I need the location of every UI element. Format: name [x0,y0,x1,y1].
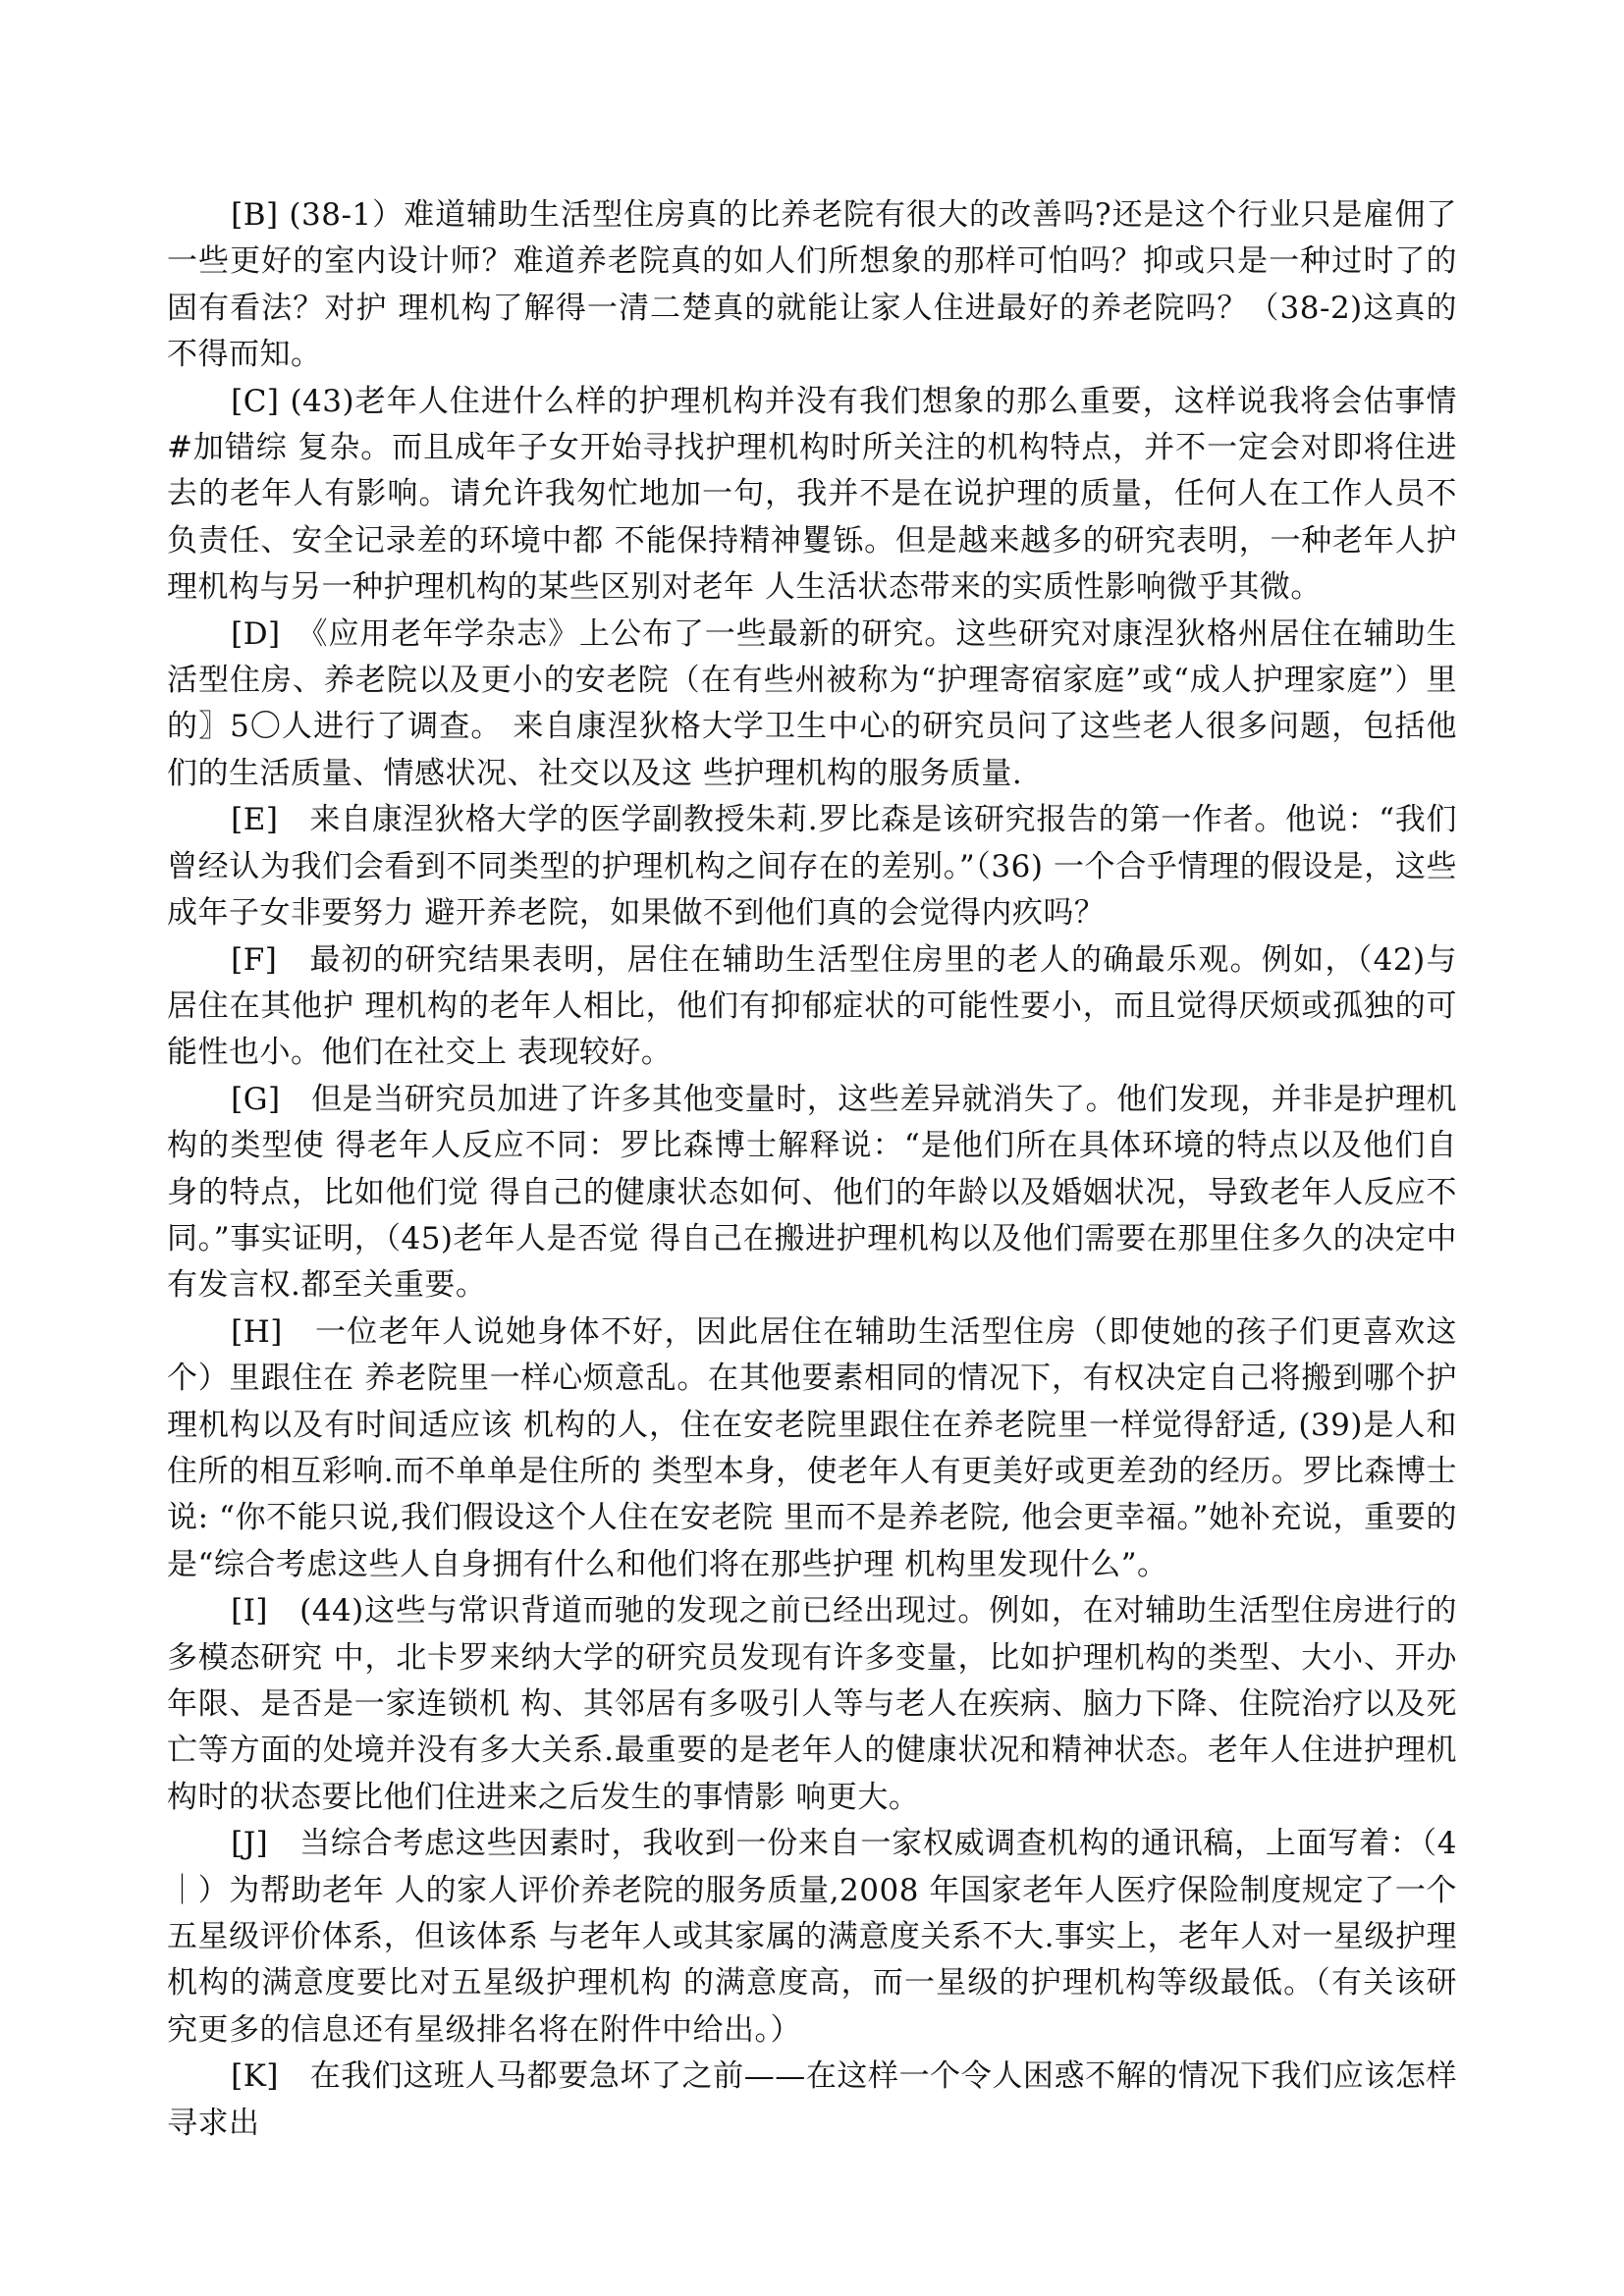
paragraph-H: [H] 一位老年人说她身体不好，因此居住在辅助生活型住房（即使她的孩子们更喜欢这… [167,1309,1457,1588]
passage-body: [B] (38-1）难道辅助生活型住房真的比养老院有很大的改善吗?还是这个行业只… [167,192,1457,2147]
document-page: [B] (38-1）难道辅助生活型住房真的比养老院有很大的改善吗?还是这个行业只… [0,0,1624,2296]
paragraph-I: [I] (44)这些与常识背道而驰的发现之前已经出现过。例如，在对辅助生活型住房… [167,1588,1457,1821]
paragraph-K: [K] 在我们这班人马都要急坏了之前——在这样一个令人困惑不解的情况下我们应该怎… [167,2054,1457,2147]
paragraph-F: [F] 最初的研究结果表明，居住在辅助生活型住房里的老人的确最乐观。例如，（42… [167,937,1457,1077]
paragraph-J: [J] 当综合考虑这些因素时，我收到一份来自一家权威调查机构的通讯稿，上面写着：… [167,1821,1457,2054]
paragraph-E: [E] 来自康涅狄格大学的医学副教授朱莉.罗比森是该研究报告的第一作者。他说：“… [167,797,1457,936]
paragraph-C: [C] (43)老年人住进什么样的护理机构并没有我们想象的那么重要，这样说我将会… [167,379,1457,612]
paragraph-G: [G] 但是当研究员加进了许多其他变量时，这些差异就消失了。他们发现，并非是护理… [167,1077,1457,1309]
paragraph-B: [B] (38-1）难道辅助生活型住房真的比养老院有很大的改善吗?还是这个行业只… [167,192,1457,379]
paragraph-D: [D] 《应用老年学杂志》上公布了一些最新的研究。这些研究对康涅狄格州居住在辅助… [167,612,1457,798]
